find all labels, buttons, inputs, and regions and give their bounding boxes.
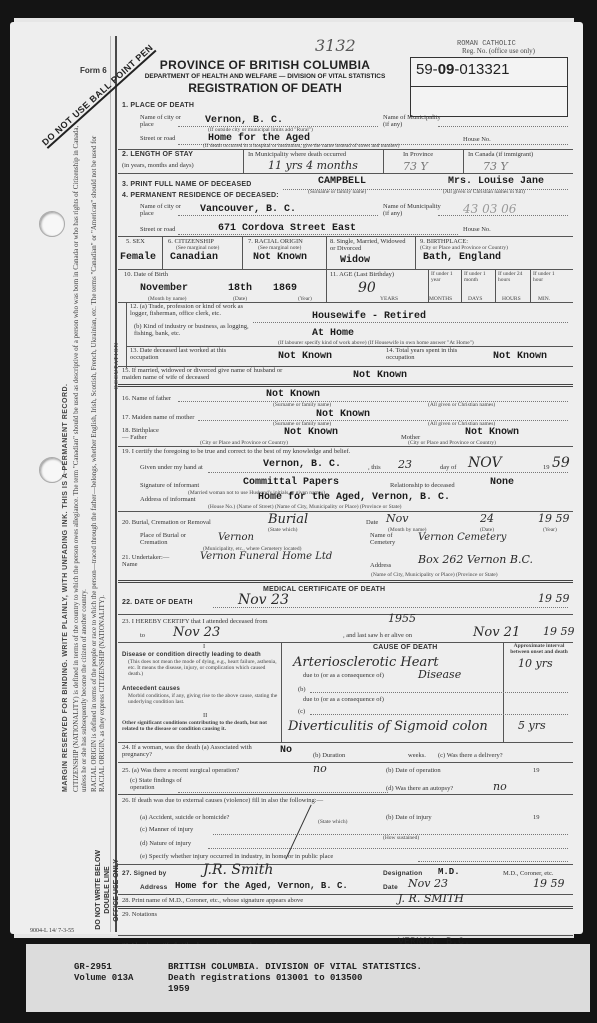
dob-month: November xyxy=(140,283,188,294)
cause-a: Arteriosclerotic Heart xyxy=(293,655,439,670)
municipality-label: Name of Municipality (if any) xyxy=(383,114,443,128)
undertaker-address-label: Address xyxy=(370,562,391,569)
direct-cause-note: (This does not mean the mode of dying, e… xyxy=(128,659,278,677)
margin-note-main: MARGIN RESERVED FOR BINDING. WRITE PLAIN… xyxy=(62,322,70,792)
parents-birthplace-label: 18. Birthplace — Father xyxy=(122,427,162,441)
burial-state-note: (State which) xyxy=(268,527,297,533)
mother-name: Not Known xyxy=(316,409,370,420)
form-header: PROVINCE OF BRITISH COLUMBIA DEPARTMENT … xyxy=(120,58,410,95)
residence-stamp: 43 03 06 xyxy=(463,202,516,216)
cemetery-label: Name of Cemetery xyxy=(370,532,410,546)
burial-date-label: Date xyxy=(366,519,378,526)
last-saw-alive: Nov 21 xyxy=(473,625,520,640)
residence-label: 4. PERMANENT RESIDENCE OF DECEASED: xyxy=(122,192,279,199)
marital-status-label: 8. Single, Married, Widowed or Divorced xyxy=(330,238,410,252)
house-label: House No. xyxy=(463,136,491,143)
date-of-death-label: 22. DATE OF DEATH xyxy=(122,599,193,606)
total-years-value: Not Known xyxy=(493,351,547,362)
sex-label: 5. SEX xyxy=(126,238,145,245)
deceased-surname: CAMPBELL xyxy=(318,176,366,187)
pregnancy-label: 24. If a woman, was the death (a) Associ… xyxy=(122,744,272,758)
margin-rule xyxy=(115,36,117,932)
length-of-stay-label: 2. LENGTH OF STAY xyxy=(122,151,193,158)
citizenship-label: 6. CITIZENSHIP xyxy=(168,238,214,245)
archive-title: BRITISH COLUMBIA. DIVISION OF VITAL STAT… xyxy=(168,962,422,973)
archive-volume: Volume 013A xyxy=(74,973,133,984)
findings-label: (c) State findings of operation xyxy=(130,777,190,791)
external-causes-label: 26. If death was due to external causes … xyxy=(122,797,323,804)
undertaker-address-note: (Name of City, Municipality or Place) (P… xyxy=(371,572,498,578)
mother-label: 17. Maiden name of mother xyxy=(122,414,194,421)
burial-value: Burial xyxy=(268,512,308,527)
attended-to-label: to xyxy=(140,632,145,639)
last-worked-label: 13. Date deceased last worked at this oc… xyxy=(130,348,230,361)
racial-origin-label: 7. RACIAL ORIGIN xyxy=(248,238,303,245)
archive-range: Death registrations 013001 to 013500 xyxy=(168,973,422,984)
total-years-label: 14. Total years spent in this occupation xyxy=(386,348,466,361)
spouse-value: Not Known xyxy=(353,370,407,381)
print-name-label: 28. Print name of M.D., Coroner, etc., w… xyxy=(122,897,303,904)
father-name: Not Known xyxy=(266,389,320,400)
form-number: Form 6 xyxy=(80,66,107,75)
attended-from: 1955 xyxy=(388,612,416,625)
father-given-note: (All given or Christian names) xyxy=(428,402,495,408)
informant-month: NOV xyxy=(468,455,502,471)
signer-address-label: Address xyxy=(140,884,167,891)
form-title: REGISTRATION OF DEATH xyxy=(120,81,410,95)
margin-rule-thin xyxy=(110,36,111,932)
residence-city: Vancouver, B. C. xyxy=(200,204,296,215)
informant-certify-text: 19. I certify the foregoing to be true a… xyxy=(122,448,350,455)
informant-year: 59 xyxy=(552,455,570,471)
stay-municipality-label: In Municipality where death occurred xyxy=(248,151,346,158)
informant-year-prefix: 19 xyxy=(543,464,550,471)
informant-day: 23 xyxy=(398,458,412,471)
under-24h-label: If under 24 hours xyxy=(498,271,530,283)
stay-province-label: In Province xyxy=(403,151,433,158)
under-hour-label: If under 1 hour xyxy=(533,271,563,283)
signed-by-signature: J.R. Smith xyxy=(203,862,273,878)
manner-label: (c) Manner of injury xyxy=(140,826,193,833)
residence-house-label: House No. xyxy=(463,226,491,233)
other-conditions: Diverticulitis of Sigmoid colon xyxy=(288,719,488,734)
signed-by-label: 27. Signed by xyxy=(122,870,167,877)
operation-value: no xyxy=(313,762,327,775)
birthplace-sub: (City or Place and Province or Country) xyxy=(420,245,508,251)
citizenship-sub: (See marginal note) xyxy=(176,245,219,251)
dob-day: 18th xyxy=(228,283,252,294)
informant-address-label: Address of informant xyxy=(140,496,196,503)
cause-a-continued: Disease xyxy=(418,668,461,681)
racial-origin-value: Not Known xyxy=(253,252,307,263)
archive-series: GR-2951 xyxy=(74,962,133,973)
signer-address: Home for the Aged, Vernon, B. C. xyxy=(175,881,348,891)
pregnancy-duration-label: (b) Duration xyxy=(313,752,345,759)
designation-label: Designation xyxy=(383,870,422,877)
office-use-only-note: DO NOT WRITE BELOW DOUBLE LINE OFFICE US… xyxy=(94,850,121,930)
injury-year-prefix: 19 xyxy=(533,814,540,821)
cause-of-death-header: CAUSE OF DEATH xyxy=(373,644,438,651)
burial-place-label: Place of Burial or Cremation xyxy=(140,532,200,546)
mother-birthplace: Not Known xyxy=(465,427,519,438)
given-at-value: Vernon, B. C. xyxy=(263,459,341,470)
accident-state-note: (State which) xyxy=(318,819,347,825)
burial-year-note: (Year) xyxy=(543,527,557,533)
length-of-stay-sub: (in years, months and days) xyxy=(122,162,194,169)
antecedent-causes-note: Morbid conditions, if any, giving rise t… xyxy=(128,693,278,705)
deceased-name-label: 3. PRINT FULL NAME OF DECEASED xyxy=(122,181,252,188)
injury-date-label: (b) Date of injury xyxy=(386,814,432,821)
burial-place: Vernon xyxy=(218,532,254,543)
under-month-label: If under 1 month xyxy=(464,271,494,283)
racial-origin-sub: (See marginal note) xyxy=(258,245,301,251)
place-of-death-label: 1. PLACE OF DEATH xyxy=(122,102,194,109)
spouse-label: 15. If married, widowed or divorced give… xyxy=(122,368,302,381)
father-surname-note: (Surname or family name) xyxy=(273,402,331,408)
burial-year: 19 59 xyxy=(538,512,570,525)
operation-label: 25. (a) Was there a recent surgical oper… xyxy=(122,767,239,774)
undertaker-address: Box 262 Vernon B.C. xyxy=(418,553,533,566)
handwritten-file-number: 3132 xyxy=(315,36,356,55)
notations-label: 29. Notations xyxy=(122,911,157,918)
designation-value: M.D. xyxy=(438,867,460,877)
punch-hole-top xyxy=(39,211,65,237)
undertaker-name: Vernon Funeral Home Ltd xyxy=(200,551,332,562)
citizenship-value: Canadian xyxy=(170,252,218,263)
cause-b-label: (b) xyxy=(298,686,306,693)
relationship-label: Relationship to deceased xyxy=(390,482,455,489)
attended-from-label: 23. I HEREBY CERTIFY that I attended dec… xyxy=(122,618,268,625)
autopsy-value: no xyxy=(493,780,507,793)
birthplace-value: Bath, England xyxy=(423,252,501,263)
accident-label: (a) Accident, suicide or homicide? xyxy=(140,814,229,821)
section-ii-label: II xyxy=(203,712,207,719)
informant-address-note: (House No.) (Name of Street) (Name of Ci… xyxy=(208,504,401,510)
stay-province: 73 Y xyxy=(403,160,428,173)
burial-month: Nov xyxy=(386,512,408,525)
designation-note: M.D., Coroner, etc. xyxy=(503,870,553,877)
nature-label: (d) Nature of injury xyxy=(140,840,191,847)
place-of-death-city: Vernon, B. C. xyxy=(205,115,283,126)
residence-street-label: Street or road xyxy=(140,226,175,233)
due-to-label-b: due to (or as a consequence of) xyxy=(303,696,384,703)
signed-date-label: Date xyxy=(383,884,398,891)
other-conditions-label: Other significant conditions contributin… xyxy=(122,720,278,732)
last-saw-label: , and last saw h er alive on xyxy=(343,632,412,639)
pregnancy-weeks-label: weeks. xyxy=(408,752,426,759)
this-label: , this xyxy=(368,464,381,471)
informant-signature: Committal Papers xyxy=(243,477,339,488)
sex-value: Female xyxy=(120,252,156,263)
cemetery-value: Vernon Cemetery xyxy=(418,532,506,543)
trade-label: 12. (a) Trade, profession or kind of wor… xyxy=(130,304,250,317)
print-code: 9004-L 14/ 7-3-55 xyxy=(30,928,74,934)
father-label: 16. Name of father xyxy=(122,395,171,402)
interval-header: Approximate interval between onset and d… xyxy=(510,643,568,655)
pregnancy-value: No xyxy=(280,745,292,756)
stay-canada-label: In Canada (if immigrant) xyxy=(468,151,533,158)
direct-cause-label: Disease or condition directly leading to… xyxy=(122,652,261,658)
margin-note-racial-origin: RACIAL ORIGIN is defined in terms of the… xyxy=(90,112,108,792)
under-year-label: If under 1 year xyxy=(431,271,461,283)
given-names-note: (All given or Christian names in full) xyxy=(443,189,525,195)
date-of-death-year: 19 59 xyxy=(538,592,570,605)
informant-address: Home for the Aged, Vernon, B. C. xyxy=(258,492,450,503)
cause-c-label: (c) xyxy=(298,708,305,715)
residence-municipality-label: Name of Municipality (if any) xyxy=(383,203,443,217)
last-worked-value: Not Known xyxy=(278,351,332,362)
archive-year: 1959 xyxy=(168,984,422,995)
how-sustained-note: (How sustained) xyxy=(383,835,419,841)
street-label: Street or road xyxy=(140,135,175,142)
stay-canada: 73 Y xyxy=(483,160,508,173)
burial-day: 24 xyxy=(480,512,494,525)
industry-value: At Home xyxy=(312,328,354,339)
registration-number-box: 59-09-013321 xyxy=(410,57,568,117)
age-years: 90 xyxy=(358,280,376,296)
dob-label: 10. Date of Birth xyxy=(124,271,168,278)
dob-year: 1869 xyxy=(273,283,297,294)
surname-note: (Surname or family name) xyxy=(308,189,366,195)
operation-date-label: (b) Date of operation xyxy=(386,767,441,774)
due-to-label-a: due to (or as a consequence of) xyxy=(303,672,384,679)
undertaker-label: 21. Undertaker:— Name xyxy=(122,554,182,568)
other-conditions-interval: 5 yrs xyxy=(518,719,546,732)
stay-municipality: 11 yrs 4 months xyxy=(268,159,358,172)
signed-date: Nov 23 xyxy=(408,877,448,890)
birthplace-label: 9. BIRTHPLACE: xyxy=(420,238,468,245)
section-i-label: I xyxy=(203,643,205,650)
trade-value: Housewife - Retired xyxy=(312,311,426,322)
delivery-label: (c) Was there a delivery? xyxy=(438,752,503,759)
residence-street: 671 Cordova Street East xyxy=(218,223,356,234)
age-label: 11. AGE (Last Birthday) xyxy=(330,271,394,278)
relationship-value: None xyxy=(490,477,514,488)
signed-year: 19 59 xyxy=(533,877,565,890)
print-name-value: J. R. SMITH xyxy=(398,892,464,905)
department-title: DEPARTMENT OF HEALTH AND WELFARE — DIVIS… xyxy=(120,73,410,80)
informant-signature-label: Signature of informant xyxy=(140,482,199,489)
date-of-death: Nov 23 xyxy=(238,592,289,608)
injury-place-label: (e) Specify whether injury occurred in i… xyxy=(140,853,333,860)
antecedent-causes-label: Antecedent causes xyxy=(122,686,180,692)
father-birthplace: Not Known xyxy=(284,427,338,438)
burial-label: 20. Burial, Cremation or Removal xyxy=(122,519,211,526)
operation-year-prefix: 19 xyxy=(533,767,540,774)
industry-label: (b) Kind of industry or business, as log… xyxy=(134,324,254,337)
margin-note-citizenship: CITIZENSHIP (NATIONALITY) is defined in … xyxy=(72,112,90,792)
last-saw-year: 19 59 xyxy=(543,625,575,638)
archive-label-strip: GR-2951 Volume 013A BRITISH COLUMBIA. DI… xyxy=(26,944,590,1012)
province-title: PROVINCE OF BRITISH COLUMBIA xyxy=(120,58,410,72)
cause-a-interval: 10 yrs xyxy=(518,657,553,670)
day-of-label: day of xyxy=(440,464,456,471)
deceased-given-names: Mrs. Louise Jane xyxy=(448,176,544,187)
autopsy-label: (d) Was there an autopsy? xyxy=(386,785,453,792)
marital-status-value: Widow xyxy=(340,255,370,266)
attended-to: Nov 23 xyxy=(173,625,220,640)
given-at-label: Given under my hand at xyxy=(140,464,203,471)
registration-number-label: Reg. No. (office use only) xyxy=(462,47,535,55)
